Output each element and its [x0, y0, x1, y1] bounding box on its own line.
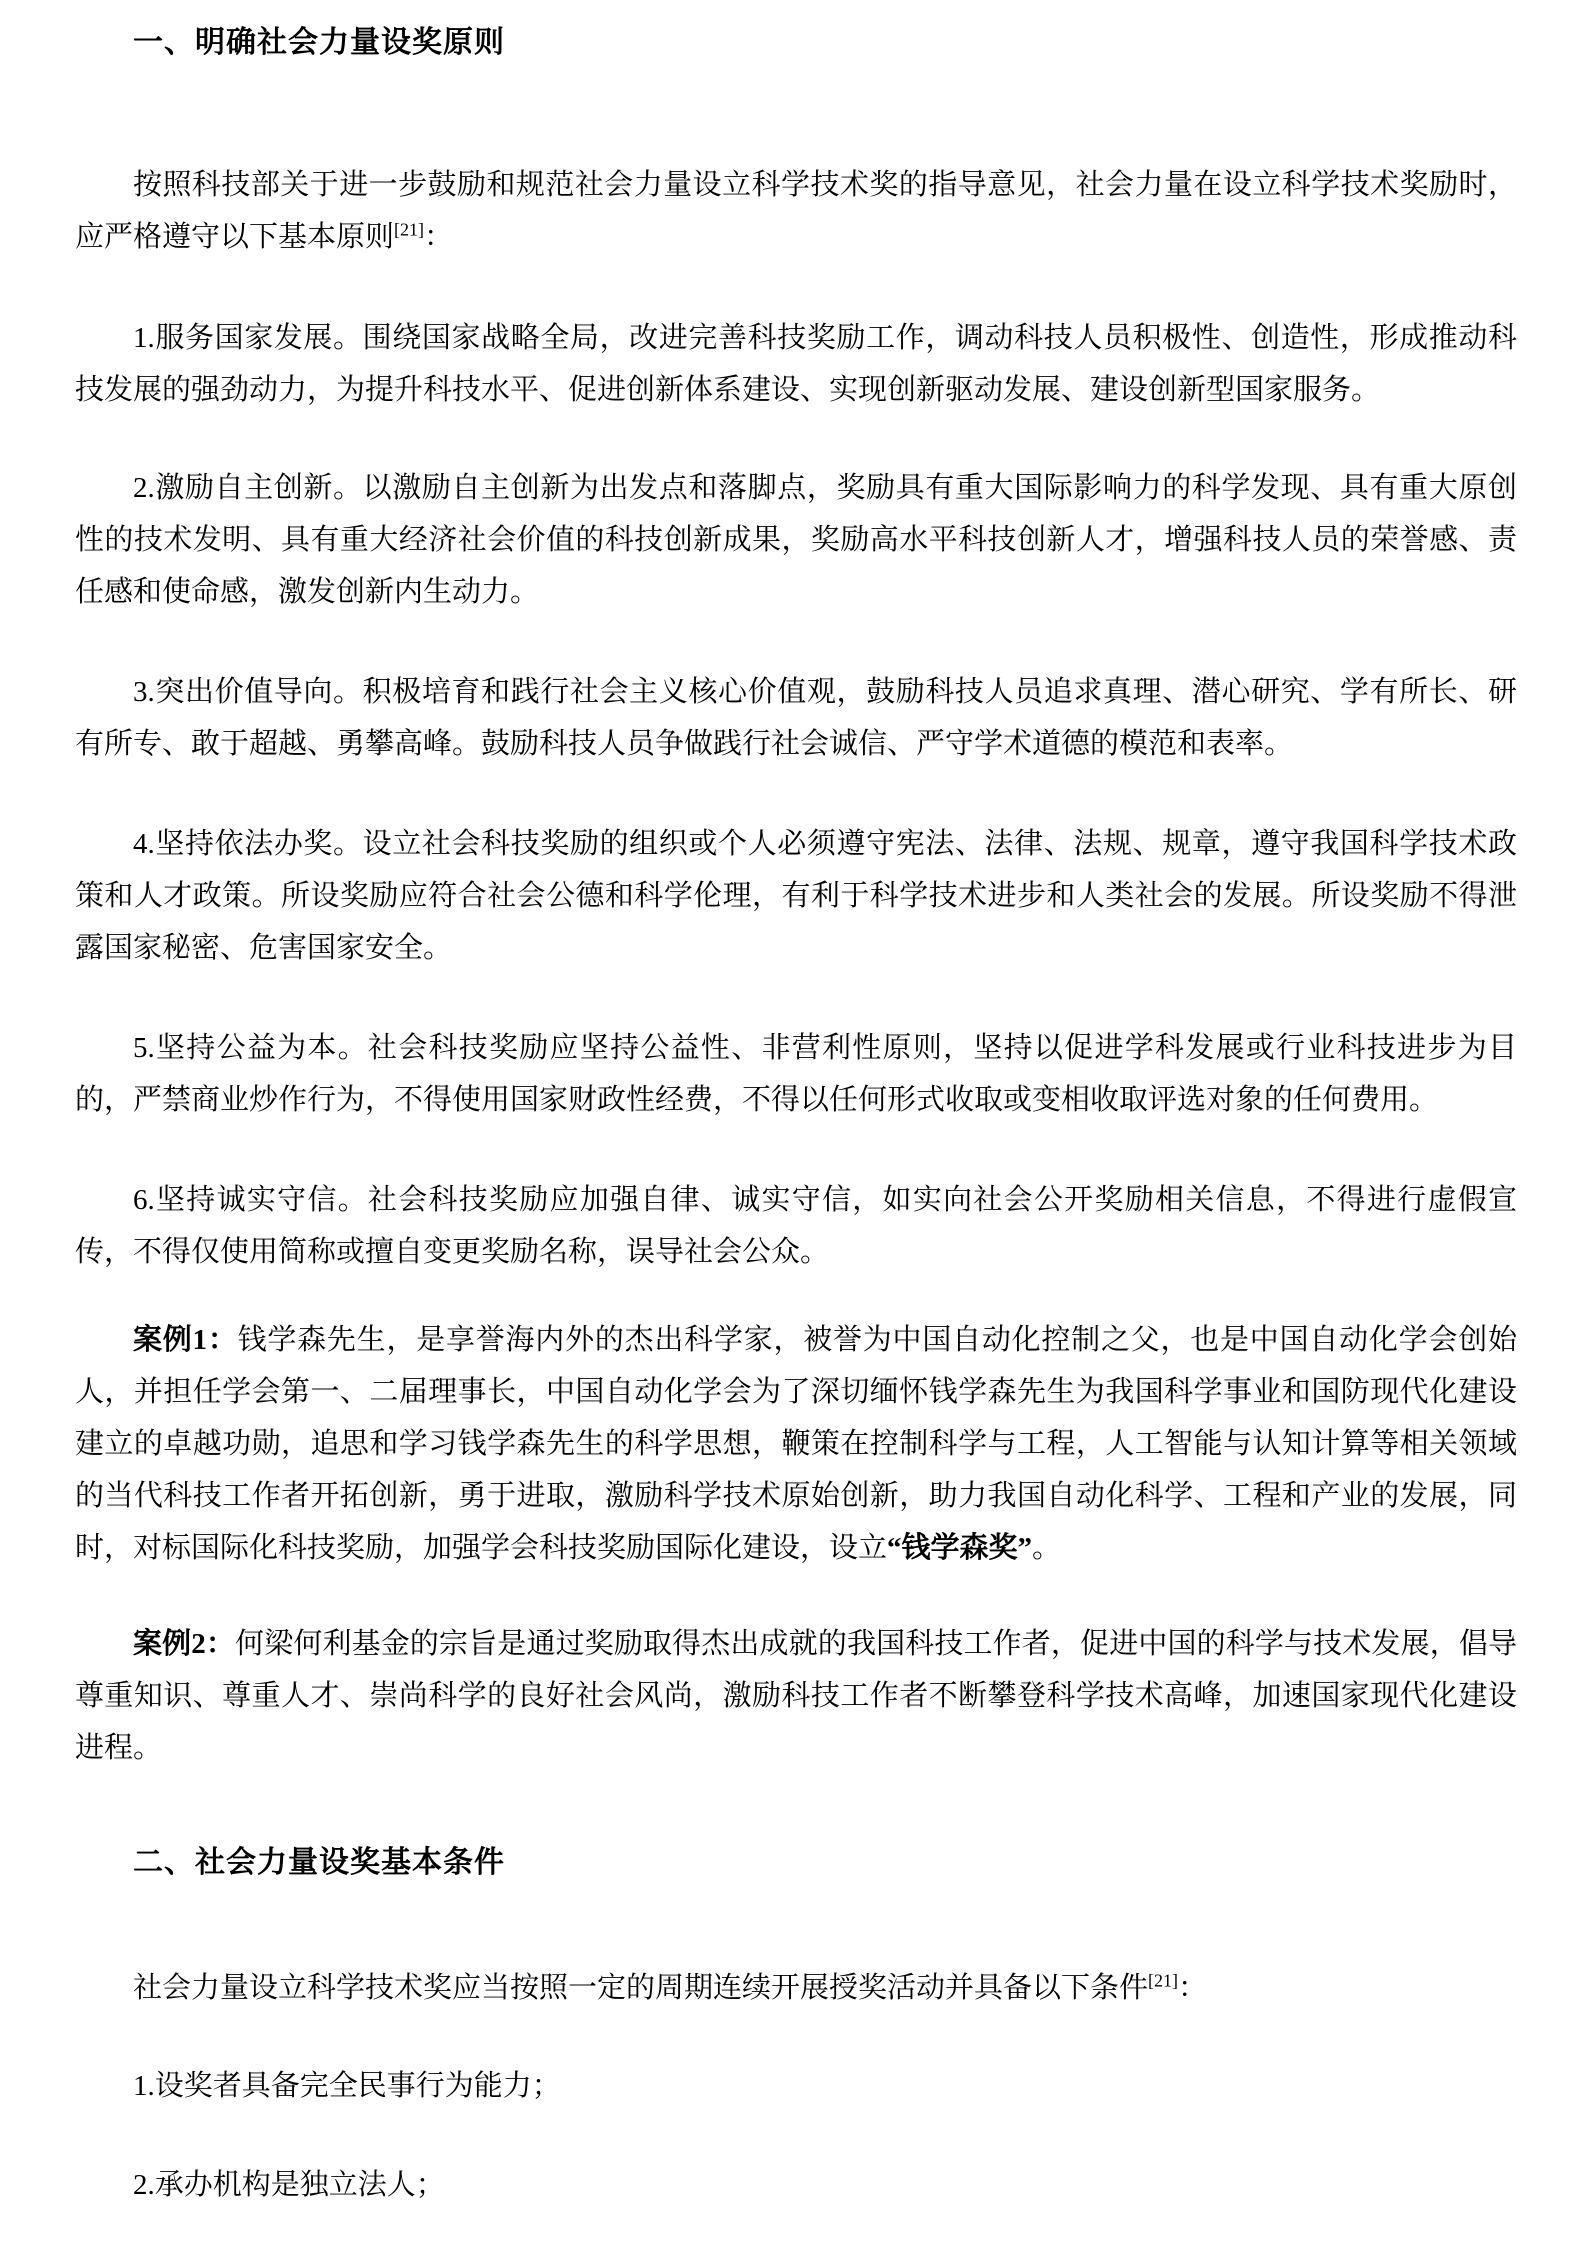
section-1-heading: 一、明确社会力量设奖原则: [75, 22, 1517, 64]
case-2-text: 何梁何利基金的宗旨是通过奖励取得杰出成就的我国科技工作者，促进中国的科学与技术发…: [75, 1628, 1517, 1764]
case-1-award-name: “钱学森奖”: [887, 1532, 1032, 1564]
principle-2-paragraph: 2.激励自主创新。以激励自主创新为出发点和落脚点，奖励具有重大国际影响力的科学发…: [75, 462, 1517, 618]
section-2-intro-paragraph: 社会力量设立科学技术奖应当按照一定的周期连续开展授奖活动并具备以下条件[21]：: [75, 1962, 1517, 2014]
section-2-intro-colon: ：: [1178, 1972, 1207, 2004]
case-2-paragraph: 案例2：何梁何利基金的宗旨是通过奖励取得杰出成就的我国科技工作者，促进中国的科学…: [75, 1618, 1517, 1774]
case-1-label: 案例1：: [133, 1324, 238, 1356]
section-1-intro-paragraph: 按照科技部关于进一步鼓励和规范社会力量设立科学技术奖的指导意见，社会力量在设立科…: [75, 159, 1517, 263]
footnote-ref-21: [21]: [394, 219, 424, 239]
principle-5-paragraph: 5.坚持公益为本。社会科技奖励应坚持公益性、非营利性原则，坚持以促进学科发展或行…: [75, 1022, 1517, 1126]
case-1-text: 钱学森先生，是享誉海内外的杰出科学家，被誉为中国自动化控制之父，也是中国自动化学…: [75, 1324, 1517, 1564]
section-2-intro-text: 社会力量设立科学技术奖应当按照一定的周期连续开展授奖活动并具备以下条件: [133, 1972, 1148, 2004]
case-1-paragraph: 案例1：钱学森先生，是享誉海内外的杰出科学家，被誉为中国自动化控制之父，也是中国…: [75, 1314, 1517, 1574]
section-1-intro-text: 按照科技部关于进一步鼓励和规范社会力量设立科学技术奖的指导意见，社会力量在设立科…: [75, 169, 1517, 253]
condition-2-paragraph: 2.承办机构是独立法人；: [75, 2159, 1517, 2211]
footnote-ref-21-b: [21]: [1148, 1970, 1178, 1990]
case-1-period: 。: [1032, 1532, 1061, 1564]
principle-6-paragraph: 6.坚持诚实守信。社会科技奖励应加强自律、诚实守信，如实向社会公开奖励相关信息，…: [75, 1174, 1517, 1278]
section-2-heading: 二、社会力量设奖基本条件: [75, 1842, 1517, 1884]
principle-1-paragraph: 1.服务国家发展。围绕国家战略全局，改进完善科技奖励工作，调动科技人员积极性、创…: [75, 312, 1517, 416]
section-1-intro-colon: ：: [424, 221, 453, 253]
principle-3-paragraph: 3.突出价值导向。积极培育和践行社会主义核心价值观，鼓励科技人员追求真理、潜心研…: [75, 666, 1517, 770]
principle-4-paragraph: 4.坚持依法办奖。设立社会科技奖励的组织或个人必须遵守宪法、法律、法规、规章，遵…: [75, 818, 1517, 974]
document-page: 一、明确社会力量设奖原则 按照科技部关于进一步鼓励和规范社会力量设立科学技术奖的…: [0, 0, 1587, 2245]
case-2-label: 案例2：: [133, 1628, 235, 1660]
condition-1-paragraph: 1.设奖者具备完全民事行为能力；: [75, 2060, 1517, 2112]
